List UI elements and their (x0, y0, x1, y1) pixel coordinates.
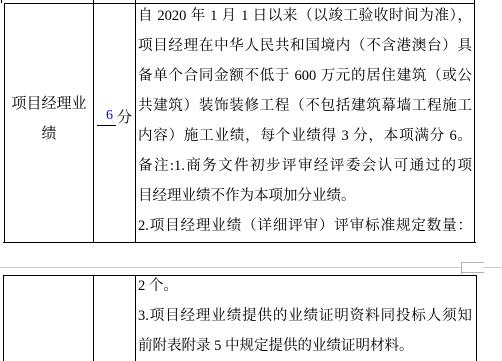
score-unit: 分 (117, 106, 132, 127)
criteria-line: 3.项目经理业绩提供的业绩证明资料同投标人须知 (138, 301, 472, 331)
table1-item-cell: 项目经理业 绩 (5, 3, 93, 234)
page-boundary-line-right (483, 267, 502, 268)
table2-criteria-cell: 2 个。 3.项目经理业绩提供的业绩证明资料同投标人须知 前附表附录 5 中规定… (138, 271, 472, 361)
table1-border-bottom (3, 242, 476, 243)
criteria-line: 备注:1.商务文件初步评审经评委会认可通过的项 (138, 151, 472, 181)
table1-score-cell: 6分 (94, 3, 135, 230)
document-page: 项目经理业 绩 6分 自 2020 年 1 月 1 日以来（以竣工验收时间为准）… (0, 0, 502, 361)
criteria-line: 备单个合同金额不低于 600 万元的居住建筑（或公 (138, 61, 472, 91)
criteria-line: 2 个。 (138, 271, 472, 301)
item-label-line2: 绩 (41, 119, 56, 149)
page-boundary-marker-top-arm (461, 262, 484, 263)
table1-border-right (474, 0, 475, 243)
criteria-line: 内容）施工业绩，每个业绩得 3 分，本项满分 6。 (138, 121, 472, 151)
item-label-line1: 项目经理业 (11, 89, 86, 119)
criteria-line: 目经理业绩不作为本项加分业绩。 (138, 181, 472, 211)
table2-border-right (476, 275, 477, 361)
table1-criteria-cell: 自 2020 年 1 月 1 日以来（以竣工验收时间为准）， 项目经理在中华人民… (138, 1, 472, 241)
table2-border-left (3, 275, 4, 361)
prev-row-border-stub-left (1, 0, 2, 3)
criteria-line: 项目经理在中华人民共和国境内（不含港澳台）具 (138, 31, 472, 61)
table2-divider-col2 (135, 275, 136, 361)
criteria-line: 2.项目经理业绩（详细评审）评审标准规定数量： (138, 211, 472, 241)
score-blank-value: 6 (106, 108, 113, 123)
criteria-line: 自 2020 年 1 月 1 日以来（以竣工验收时间为准）， (138, 1, 472, 31)
criteria-line: 共建筑）装饰装修工程（不包括建筑幕墙工程施工 (138, 91, 472, 121)
table2-divider-col1 (93, 275, 94, 361)
page-boundary-line-left (0, 267, 461, 268)
criteria-line: 前附表附录 5 中规定提供的业绩证明材料。 (138, 331, 472, 361)
table1-divider-col2 (135, 0, 136, 243)
score-blank-underline: 6 (97, 108, 116, 126)
